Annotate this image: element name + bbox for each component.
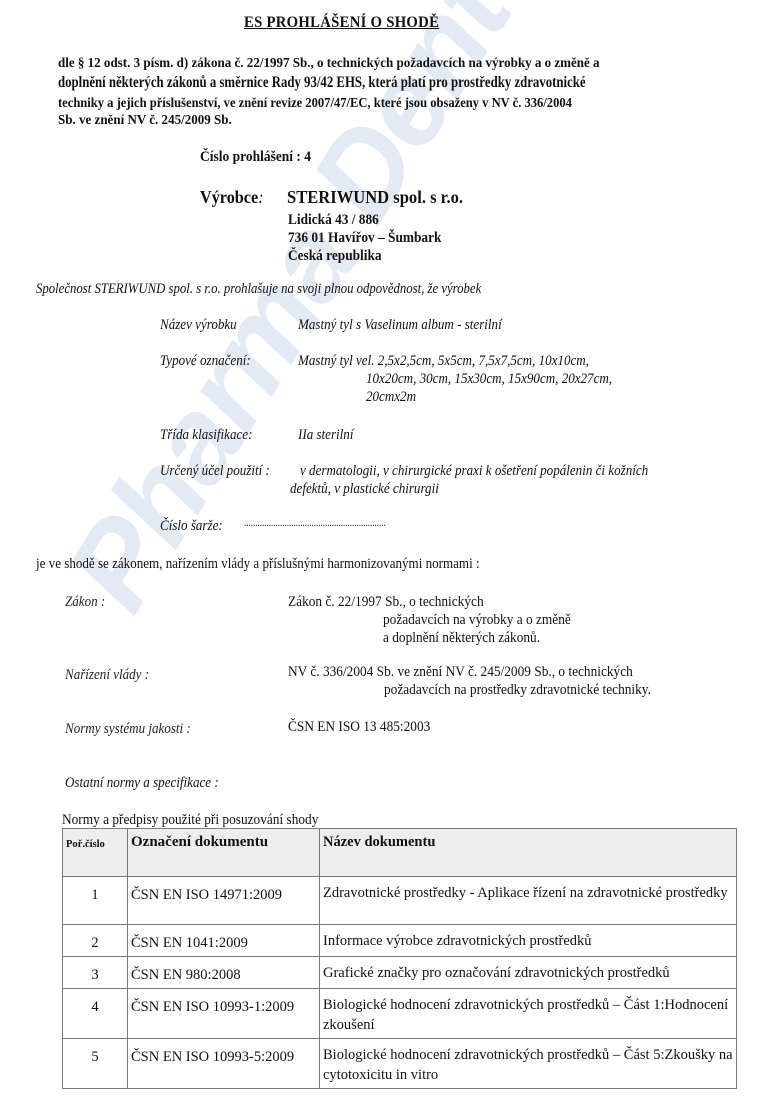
norms-table: Poř.číslo Označení dokumentu Název dokum… [62,828,737,1089]
batch-number-field[interactable]: ........................................… [244,518,386,529]
table-row: 2 ČSN EN 1041:2009 Informace výrobce zdr… [63,925,737,957]
gov-regulation-value-line-1: NV č. 336/2004 Sb. ve znění NV č. 245/20… [288,664,633,681]
row-number: 1 [63,877,128,925]
manufacturer-name: STERIWUND spol. s r.o. [287,187,463,208]
intro-line-3: techniky a jejich příslušenství, ve zněn… [58,95,572,111]
row-number: 4 [63,989,128,1039]
law-value-line-2: požadavcích na výrobky a o změně [383,612,571,629]
law-value-line-1: Zákon č. 22/1997 Sb., o technických [288,594,484,611]
purpose-label: Určený účel použití : [160,463,270,480]
row-document-code: ČSN EN ISO 14971:2009 [128,877,320,925]
manufacturer-colon: : [258,187,263,207]
other-norms-label: Ostatní normy a specifikace : [65,775,219,792]
intro-line-1: dle § 12 odst. 3 písm. d) zákona č. 22/1… [58,56,600,72]
gov-regulation-value-line-2: požadavcích na prostředky zdravotnické t… [384,682,651,699]
row-document-name: Grafické značky pro označování zdravotni… [320,957,737,989]
header-document-code: Označení dokumentu [128,829,320,877]
table-row: 4 ČSN EN ISO 10993-1:2009 Biologické hod… [63,989,737,1039]
intro-line-4: Sb. ve znění NV č. 245/2009 Sb. [58,113,232,129]
type-value-line-3: 20cmx2m [366,389,416,406]
row-number: 3 [63,957,128,989]
manufacturer-label-text: Výrobce [200,187,258,207]
row-document-code: ČSN EN 1041:2009 [128,925,320,957]
law-value-line-3: a doplnění některých zákonů. [383,630,540,647]
row-document-name: Biologické hodnocení zdravotnických pros… [320,989,737,1039]
product-name-label: Název výrobku [160,317,237,334]
gov-regulation-label: Nařízení vlády : [65,667,149,684]
declaration-number: Číslo prohlášení : 4 [200,149,311,166]
manufacturer-address-street: Lidická 43 / 886 [288,212,379,229]
row-document-name: Informace výrobce zdravotnických prostře… [320,925,737,957]
row-document-code: ČSN EN ISO 10993-5:2009 [128,1039,320,1089]
purpose-value-line-1: v dermatologii, v chirurgické praxi k oš… [300,463,648,480]
manufacturer-address-country: Česká republika [288,248,382,265]
norms-table-caption: Normy a předpisy použité při posuzování … [62,812,318,829]
row-document-name: Biologické hodnocení zdravotnických pros… [320,1039,737,1089]
batch-number-label: Číslo šarže: [160,518,223,535]
row-number: 2 [63,925,128,957]
manufacturer-label: Výrobce: [200,187,264,208]
type-value-line-2: 10x20cm, 30cm, 15x30cm, 15x90cm, 20x27cm… [366,371,612,388]
header-document-name: Název dokumentu [320,829,737,877]
law-label: Zákon : [65,594,105,611]
type-value-line-1: Mastný tyl vel. 2,5x2,5cm, 5x5cm, 7,5x7,… [298,353,589,370]
row-document-name: Zdravotnické prostředky - Aplikace řízen… [320,877,737,925]
table-row: 3 ČSN EN 980:2008 Grafické značky pro oz… [63,957,737,989]
document-title: ES PROHLÁŠENÍ O SHODĚ [244,14,439,32]
row-document-code: ČSN EN 980:2008 [128,957,320,989]
classification-value: IIa sterilní [298,427,353,444]
header-order-number: Poř.číslo [63,829,128,877]
manufacturer-address-city: 736 01 Havířov – Šumbark [288,230,441,247]
table-row: 1 ČSN EN ISO 14971:2009 Zdravotnické pro… [63,877,737,925]
row-number: 5 [63,1039,128,1089]
classification-label: Třída klasifikace: [160,427,252,444]
row-document-code: ČSN EN ISO 10993-1:2009 [128,989,320,1039]
product-name-value: Mastný tyl s Vaselinum album - sterilní [298,317,502,334]
conformity-statement: je ve shodě se zákonem, nařízením vlády … [36,556,480,573]
type-label: Typové označení: [160,353,251,370]
intro-line-2: doplnění některých zákonů a směrnice Rad… [58,74,586,92]
table-header-row: Poř.číslo Označení dokumentu Název dokum… [63,829,737,877]
purpose-value-line-2: defektů, v plastické chirurgii [290,481,439,498]
responsibility-statement: Společnost STERIWUND spol. s r.o. prohla… [36,281,481,298]
quality-system-label: Normy systému jakosti : [65,721,191,738]
table-row: 5 ČSN EN ISO 10993-5:2009 Biologické hod… [63,1039,737,1089]
quality-system-value: ČSN EN ISO 13 485:2003 [288,719,430,736]
